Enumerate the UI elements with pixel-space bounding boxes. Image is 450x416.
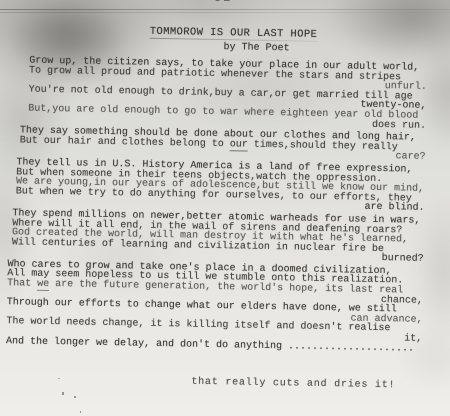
poem-stanza: They tell us in U.S. History America is … xyxy=(16,158,434,214)
scan-speck xyxy=(74,396,76,398)
scan-speck xyxy=(58,378,60,379)
closing-line: that really cuts and dries it! xyxy=(191,378,429,392)
poem-stanza: Grow up, the citizen says, to take your … xyxy=(28,57,435,132)
poem-stanza: They spend millions on newer,better atom… xyxy=(12,209,433,265)
scan-speck xyxy=(62,392,64,395)
scan-streak-line-2 xyxy=(0,12,450,13)
poem-stanza: They say something should be done about … xyxy=(19,127,433,163)
poem-stanza: Who cares to grow and take one's place i… xyxy=(6,260,432,354)
scan-speck xyxy=(80,411,81,413)
poem-title: TOMMOROW IS OUR LAST HOPE xyxy=(150,26,318,42)
page-number-clipped: 32 xyxy=(214,0,244,5)
typewritten-content: TOMMOROW IS OUR LAST HOPE by The Poet Gr… xyxy=(0,18,436,392)
poem-body: Grow up, the citizen says, to take your … xyxy=(0,56,435,354)
page-number-text: 32 xyxy=(214,0,244,4)
scanned-poem-page: 32 TOMMOROW IS OUR LAST HOPE by The Poet… xyxy=(0,0,450,416)
scan-streak-line xyxy=(0,9,450,10)
poem-byline: by The Poet xyxy=(223,43,435,57)
